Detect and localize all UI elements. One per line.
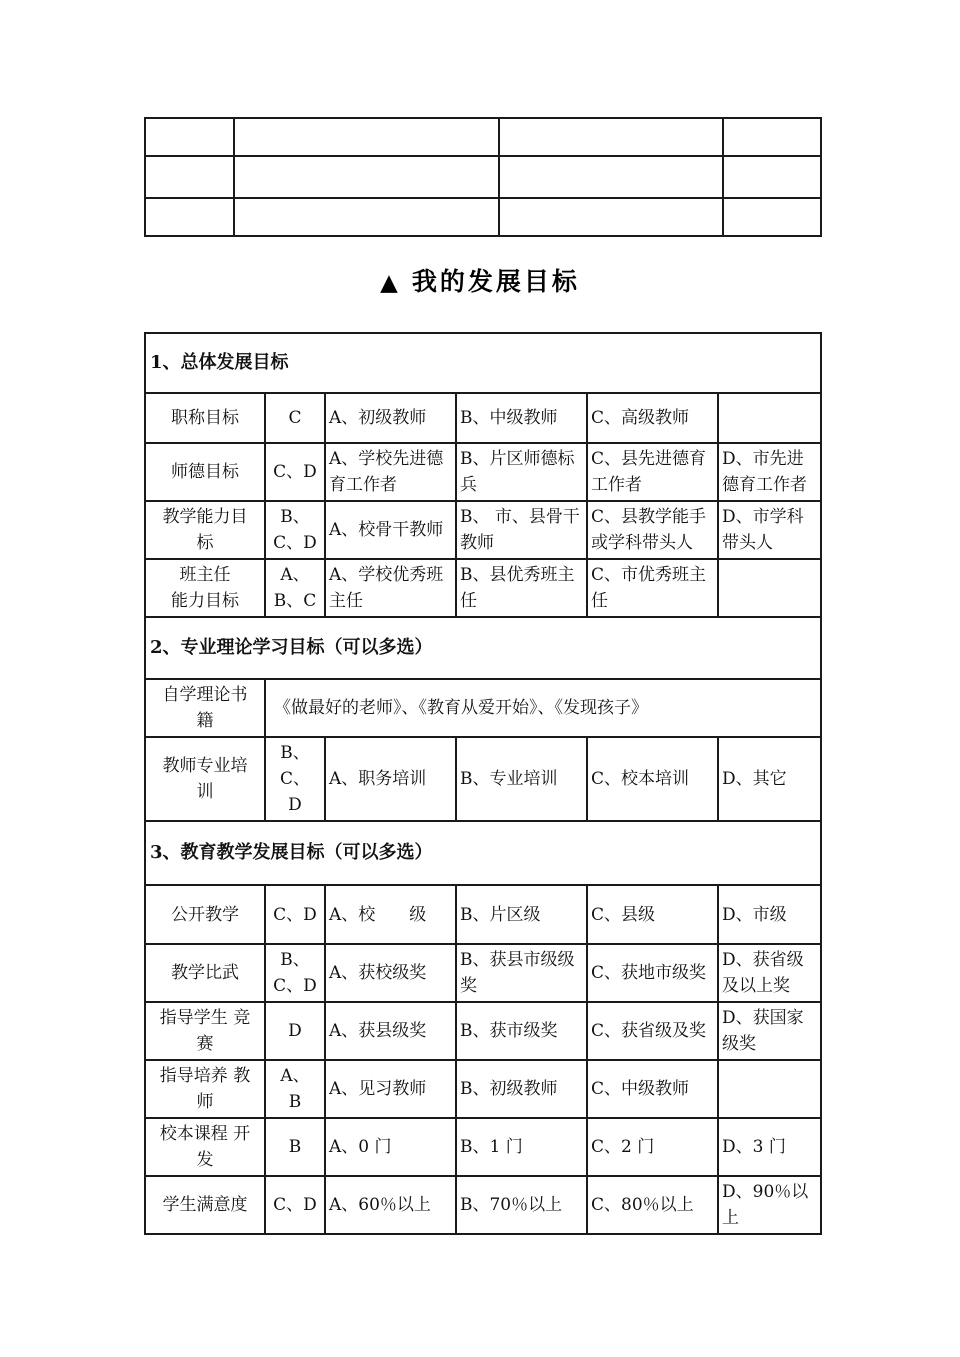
choice-value: C、D (265, 443, 325, 501)
section-row: 3、教育教学发展目标（可以多选） (145, 821, 821, 885)
option-a: A、学校优秀班主任 (325, 559, 456, 617)
table-row: 教师专业培训 B、C、 D A、职务培训 B、专业培训 C、校本培训 D、其它 (145, 737, 821, 821)
empty-cell (234, 156, 499, 198)
choice-value: B (265, 1118, 325, 1176)
choice-value: A、 B、C (265, 559, 325, 617)
empty-cell (499, 198, 723, 236)
table-row: 教学能力目标 B、 C、D A、校骨干教师 B、 市、县骨干教师 C、县教学能手… (145, 501, 821, 559)
option-a: A、职务培训 (325, 737, 456, 821)
row-label: 校本课程 开发 (145, 1118, 265, 1176)
empty-cell (723, 118, 821, 156)
option-b: B、获市级奖 (456, 1002, 587, 1060)
option-b: B、中级教师 (456, 393, 587, 443)
option-b: B、获县市级级奖 (456, 944, 587, 1002)
choice-value: D (265, 1002, 325, 1060)
table-row: 职称目标 C A、初级教师 B、中级教师 C、高级教师 (145, 393, 821, 443)
choice-value: B、 C、D (265, 501, 325, 559)
empty-cell (145, 198, 234, 236)
triangle-icon: ▲ (380, 269, 398, 296)
table-row: 公开教学 C、D A、校 级 B、片区级 C、县级 D、市级 (145, 885, 821, 944)
option-c: C、校本培训 (587, 737, 718, 821)
table-row (145, 198, 821, 236)
option-a: A、0 门 (325, 1118, 456, 1176)
table-row: 学生满意度 C、D A、60％以上 B、70％以上 C、80％以上 D、90％以… (145, 1176, 821, 1234)
row-label: 公开教学 (145, 885, 265, 944)
option-b: B、片区级 (456, 885, 587, 944)
option-c: C、县教学能手或学科带头人 (587, 501, 718, 559)
option-d: D、3 门 (718, 1118, 821, 1176)
option-a: A、获县级奖 (325, 1002, 456, 1060)
choice-value: B、C、 D (265, 737, 325, 821)
option-c: C、县级 (587, 885, 718, 944)
table-row: 班主任 能力目标 A、 B、C A、学校优秀班主任 B、县优秀班主任 C、市优秀… (145, 559, 821, 617)
table-row: 校本课程 开发 B A、0 门 B、1 门 C、2 门 D、3 门 (145, 1118, 821, 1176)
empty-cell (234, 198, 499, 236)
top-empty-table (144, 117, 822, 237)
empty-cell (499, 156, 723, 198)
option-b: B、1 门 (456, 1118, 587, 1176)
table-row (145, 118, 821, 156)
choice-value: C、D (265, 885, 325, 944)
row-label: 职称目标 (145, 393, 265, 443)
option-a: A、学校先进德育工作者 (325, 443, 456, 501)
option-b: B、片区师德标兵 (456, 443, 587, 501)
row-label: 指导培养 教师 (145, 1060, 265, 1118)
option-b: B、70％以上 (456, 1176, 587, 1234)
empty-cell (145, 156, 234, 198)
table-row (145, 156, 821, 198)
row-label: 班主任 能力目标 (145, 559, 265, 617)
row-label: 教师专业培训 (145, 737, 265, 821)
option-c: C、市优秀班主任 (587, 559, 718, 617)
option-d: D、获省级及以上奖 (718, 944, 821, 1002)
section-header-3: 3、教育教学发展目标（可以多选） (145, 821, 821, 885)
row-label: 学生满意度 (145, 1176, 265, 1234)
option-d (718, 393, 821, 443)
empty-cell (723, 156, 821, 198)
option-d: D、市学科带头人 (718, 501, 821, 559)
row-label: 教学能力目标 (145, 501, 265, 559)
empty-cell (723, 198, 821, 236)
row-label: 指导学生 竞赛 (145, 1002, 265, 1060)
book-list: 《做最好的老师》、《教育从爱开始》、《发现孩子》 (265, 679, 821, 737)
choice-value: C、D (265, 1176, 325, 1234)
choice-value: C (265, 393, 325, 443)
option-b: B、 市、县骨干教师 (456, 501, 587, 559)
option-c: C、获省级及奖 (587, 1002, 718, 1060)
option-d (718, 559, 821, 617)
table-row: 教学比武 B、 C、D A、获校级奖 B、获县市级级奖 C、获地市级奖 D、获省… (145, 944, 821, 1002)
option-c: C、高级教师 (587, 393, 718, 443)
row-label: 教学比武 (145, 944, 265, 1002)
option-a: A、获校级奖 (325, 944, 456, 1002)
option-a: A、见习教师 (325, 1060, 456, 1118)
option-a: A、校骨干教师 (325, 501, 456, 559)
table-row: 指导学生 竞赛 D A、获县级奖 B、获市级奖 C、获省级及奖 D、获国家级奖 (145, 1002, 821, 1060)
option-d: D、获国家级奖 (718, 1002, 821, 1060)
table-row: 自学理论书籍 《做最好的老师》、《教育从爱开始》、《发现孩子》 (145, 679, 821, 737)
option-a: A、初级教师 (325, 393, 456, 443)
option-c: C、中级教师 (587, 1060, 718, 1118)
section-row: 1、总体发展目标 (145, 333, 821, 393)
option-a: A、60％以上 (325, 1176, 456, 1234)
empty-cell (145, 118, 234, 156)
empty-cell (234, 118, 499, 156)
option-c: C、县先进德育工作者 (587, 443, 718, 501)
option-c: C、2 门 (587, 1118, 718, 1176)
option-c: C、80％以上 (587, 1176, 718, 1234)
choice-value: A、 B (265, 1060, 325, 1118)
section-header-1: 1、总体发展目标 (145, 333, 821, 393)
option-d: D、其它 (718, 737, 821, 821)
table-row: 指导培养 教师 A、 B A、见习教师 B、初级教师 C、中级教师 (145, 1060, 821, 1118)
option-d: D、市先进德育工作者 (718, 443, 821, 501)
section-header-2: 2、专业理论学习目标（可以多选） (145, 617, 821, 679)
option-b: B、县优秀班主任 (456, 559, 587, 617)
choice-value: B、 C、D (265, 944, 325, 1002)
option-c: C、获地市级奖 (587, 944, 718, 1002)
page-title: ▲我的发展目标 (0, 262, 960, 298)
option-d (718, 1060, 821, 1118)
page-title-text: 我的发展目标 (412, 267, 580, 296)
row-label: 自学理论书籍 (145, 679, 265, 737)
option-d: D、90％以上 (718, 1176, 821, 1234)
option-b: B、专业培训 (456, 737, 587, 821)
option-a: A、校 级 (325, 885, 456, 944)
section-row: 2、专业理论学习目标（可以多选） (145, 617, 821, 679)
table-row: 师德目标 C、D A、学校先进德育工作者 B、片区师德标兵 C、县先进德育工作者… (145, 443, 821, 501)
option-d: D、市级 (718, 885, 821, 944)
option-b: B、初级教师 (456, 1060, 587, 1118)
row-label: 师德目标 (145, 443, 265, 501)
empty-cell (499, 118, 723, 156)
development-goals-table: 1、总体发展目标 职称目标 C A、初级教师 B、中级教师 C、高级教师 师德目… (144, 332, 822, 1235)
